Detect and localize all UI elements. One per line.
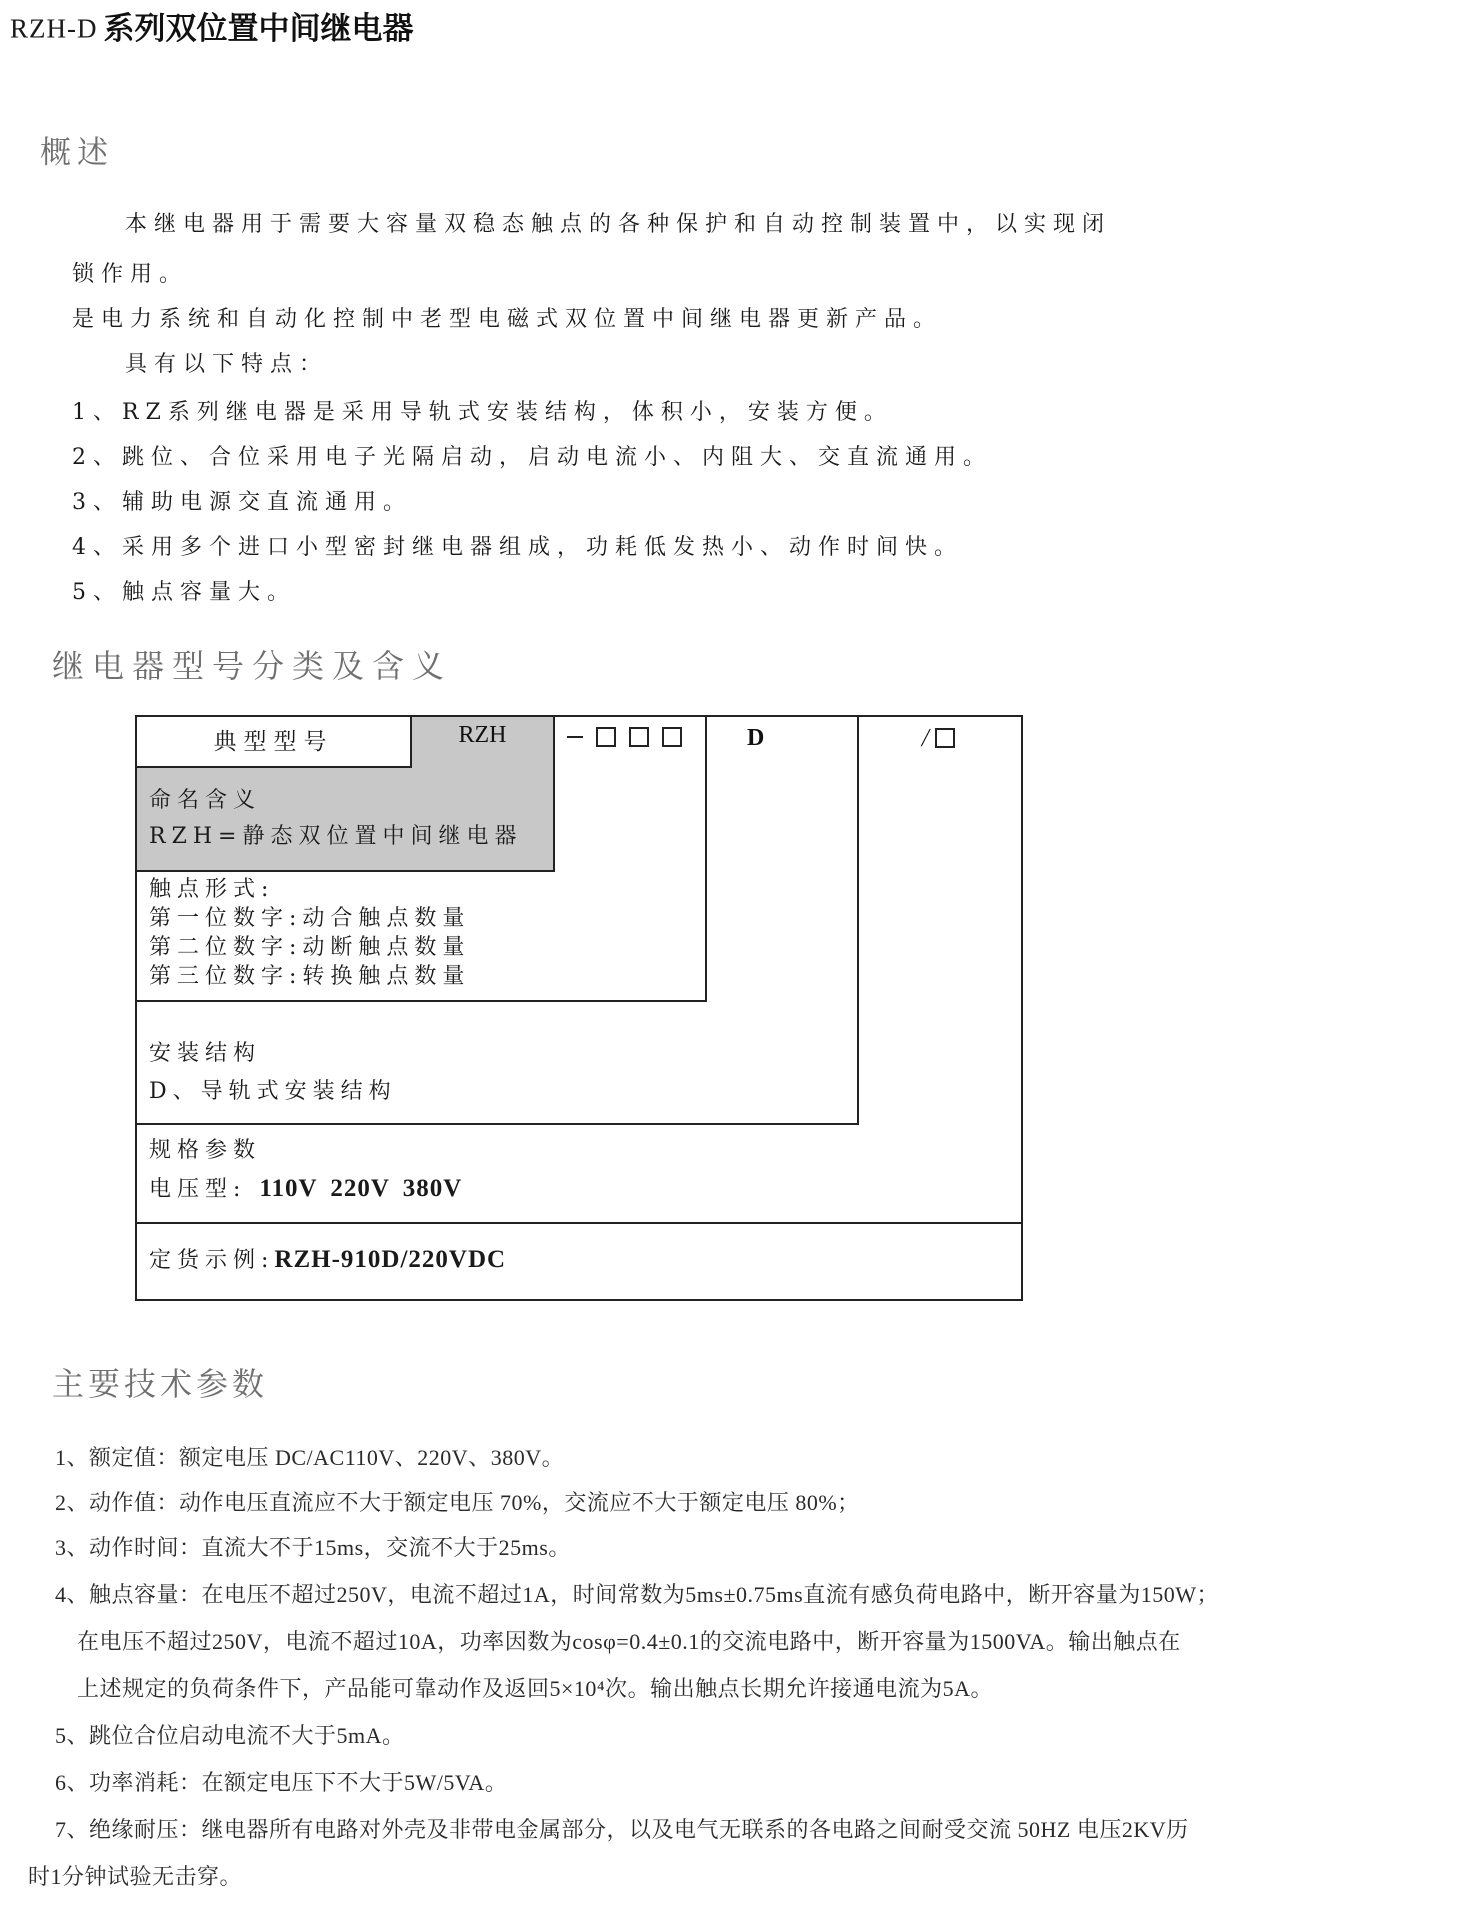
overview-paragraph: 是电力系统和自动化控制中老型电磁式双位置中间继电器更新产品。 <box>72 305 942 335</box>
tech-param-item: 6、功率消耗：在额定电压下不大于5W/5VA。 <box>55 1768 507 1798</box>
tech-param-item: 5、跳位合位启动电流不大于5mA。 <box>55 1721 405 1751</box>
title-text: 系列双位置中间继电器 <box>104 11 414 47</box>
spec-values: 110V 220V 380V <box>259 1175 462 1202</box>
slash-icon: / <box>919 723 932 753</box>
feature-item: 5、触点容量大。 <box>72 578 296 608</box>
order-label: 定货示例: <box>149 1248 274 1273</box>
tech-param-item: 2、动作值：动作电压直流应不大于额定电压 70%，交流应不大于额定电压 80%； <box>55 1488 860 1518</box>
feature-item: 2、跳位、合位采用电子光隔启动，启动电流小、内阻大、交直流通用。 <box>72 443 992 473</box>
contact-form-title: 触点形式: <box>149 875 470 904</box>
code-prefix: RZH <box>412 717 553 757</box>
tech-param-item: 3、动作时间：直流大不于15ms，交流不大于25ms。 <box>55 1533 571 1563</box>
placeholder-box-icon <box>662 727 682 747</box>
order-value: RZH-910D/220VDC <box>274 1246 506 1273</box>
tech-param-continuation: 在电压不超过250V，电流不超过10A，功率因数为cosφ=0.4±0.1的交流… <box>77 1627 1181 1657</box>
tech-param-continuation: 上述规定的负荷条件下，产品能可靠动作及返回5×10⁴次。输出触点长期允许接通电流… <box>77 1674 993 1704</box>
section-heading-tech: 主要技术参数 <box>52 1364 268 1404</box>
spec-parameters: 规格参数 电压型: 110V 220V 380V <box>149 1132 462 1209</box>
code-mount: D <box>747 723 764 753</box>
mounting-structure: 安装结构 D、导轨式安装结构 <box>149 1035 397 1111</box>
tech-param-item: 4、触点容量：在电压不超过250V，电流不超过1A，时间常数为5ms±0.75m… <box>55 1580 1219 1610</box>
code-spec: / <box>922 723 955 754</box>
order-example: 定货示例:RZH-910D/220VDC <box>149 1245 506 1276</box>
feature-item: 1、RZ系列继电器是采用导轨式安装结构，体积小，安装方便。 <box>72 398 893 428</box>
naming-text: RZH=静态双位置中间继电器 <box>149 819 522 855</box>
placeholder-box-icon <box>629 727 649 747</box>
code-contacts <box>567 723 682 753</box>
contact-form-line: 第三位数字:转换触点数量 <box>149 962 470 991</box>
spec-voltage: 电压型: 110V 220V 380V <box>149 1170 462 1209</box>
feature-item: 3、辅助电源交直流通用。 <box>72 488 412 518</box>
spec-title: 规格参数 <box>149 1132 462 1170</box>
section-heading-overview: 概述 <box>40 133 114 173</box>
feature-item: 4、采用多个进口小型密封继电器组成，功耗低发热小、动作时间快。 <box>72 533 963 563</box>
model-code-table: 典型型号 RZH D / 命名含义 RZH=静态双位置中间继电器 触点形式: 第… <box>135 715 1023 1301</box>
typical-model-label: 典型型号 <box>214 728 334 756</box>
placeholder-box-icon <box>935 728 955 748</box>
naming-title: 命名含义 <box>149 783 522 819</box>
mounting-title: 安装结构 <box>149 1035 397 1073</box>
tech-param-continuation: 时1分钟试验无击穿。 <box>28 1862 242 1892</box>
contact-form-line: 第一位数字:动合触点数量 <box>149 904 470 933</box>
overview-paragraph: 锁作用。 <box>72 260 188 290</box>
contact-form-line: 第二位数字:动断触点数量 <box>149 933 470 962</box>
overview-paragraph: 具有以下特点： <box>125 350 328 380</box>
section-heading-model: 继电器型号分类及含义 <box>52 646 452 686</box>
naming-meaning: 命名含义 RZH=静态双位置中间继电器 <box>149 783 522 855</box>
model-prefix: RZH-D <box>10 14 98 44</box>
dash-icon <box>567 736 583 738</box>
placeholder-box-icon <box>596 727 616 747</box>
tech-param-item: 1、额定值：额定电压 DC/AC110V、220V、380V。 <box>55 1443 564 1473</box>
mounting-text: D、导轨式安装结构 <box>149 1073 397 1111</box>
document-title: RZH-D系列双位置中间继电器 <box>10 6 414 50</box>
divider <box>137 1222 1021 1224</box>
tech-param-item: 7、绝缘耐压：继电器所有电路对外壳及非带电金属部分，以及电气无联系的各电路之间耐… <box>55 1815 1189 1845</box>
overview-paragraph: 本继电器用于需要大容量双稳态触点的各种保护和自动控制装置中，以实现闭 <box>125 210 1111 240</box>
spec-label: 电压型: <box>149 1177 246 1202</box>
typical-model-label-cell: 典型型号 <box>137 717 412 768</box>
contact-form: 触点形式: 第一位数字:动合触点数量 第二位数字:动断触点数量 第三位数字:转换… <box>149 875 470 991</box>
